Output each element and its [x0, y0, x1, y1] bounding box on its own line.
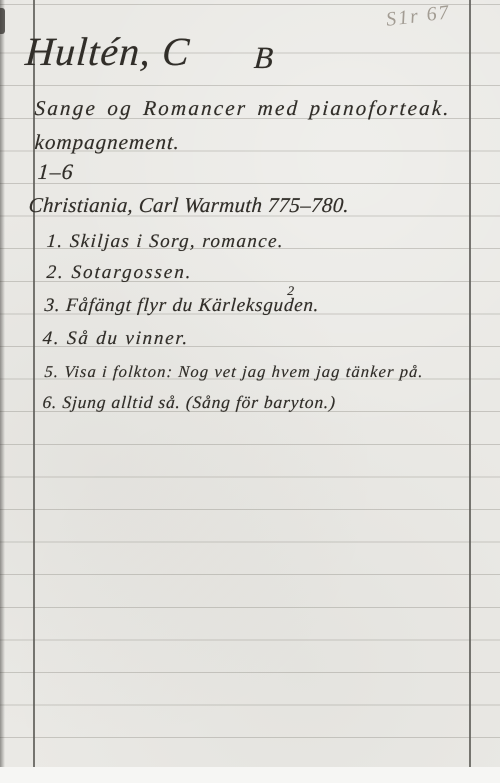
- author-heading: Hultén, C: [24, 32, 191, 72]
- superscript-annotation: 2: [287, 284, 294, 297]
- title-line-2: kompagnement.: [34, 132, 181, 153]
- right-margin-line: [469, 0, 471, 770]
- bottom-paper-edge: [0, 767, 500, 783]
- classification-letter: B: [253, 42, 274, 73]
- scan-corner-mark: [0, 8, 5, 34]
- manuscript-catalog-page: S1r 67 Hultén, C B Sange og Romancer med…: [0, 0, 500, 783]
- scan-edge-shadow: [0, 0, 5, 783]
- title-line-1: Sange og Romancer med pianoforteak.: [34, 98, 452, 119]
- work-item-2: 2. Sotargossen.: [46, 263, 193, 282]
- imprint-line: Christiania, Carl Warmuth 775–780.: [28, 195, 350, 216]
- work-item-6: 6. Sjung alltid så. (Sång för baryton.): [42, 394, 336, 412]
- work-item-4: 4. Så du vinner.: [42, 329, 190, 348]
- work-item-3: 3. Fåfängt flyr du Kärleksguden.: [44, 296, 320, 315]
- work-item-1: 1. Skiljas i Sorg, romance.: [46, 232, 285, 251]
- numbering-range: 1–6: [37, 161, 75, 183]
- work-item-5: 5. Visa i folkton: Nog vet jag hvem jag …: [44, 364, 424, 381]
